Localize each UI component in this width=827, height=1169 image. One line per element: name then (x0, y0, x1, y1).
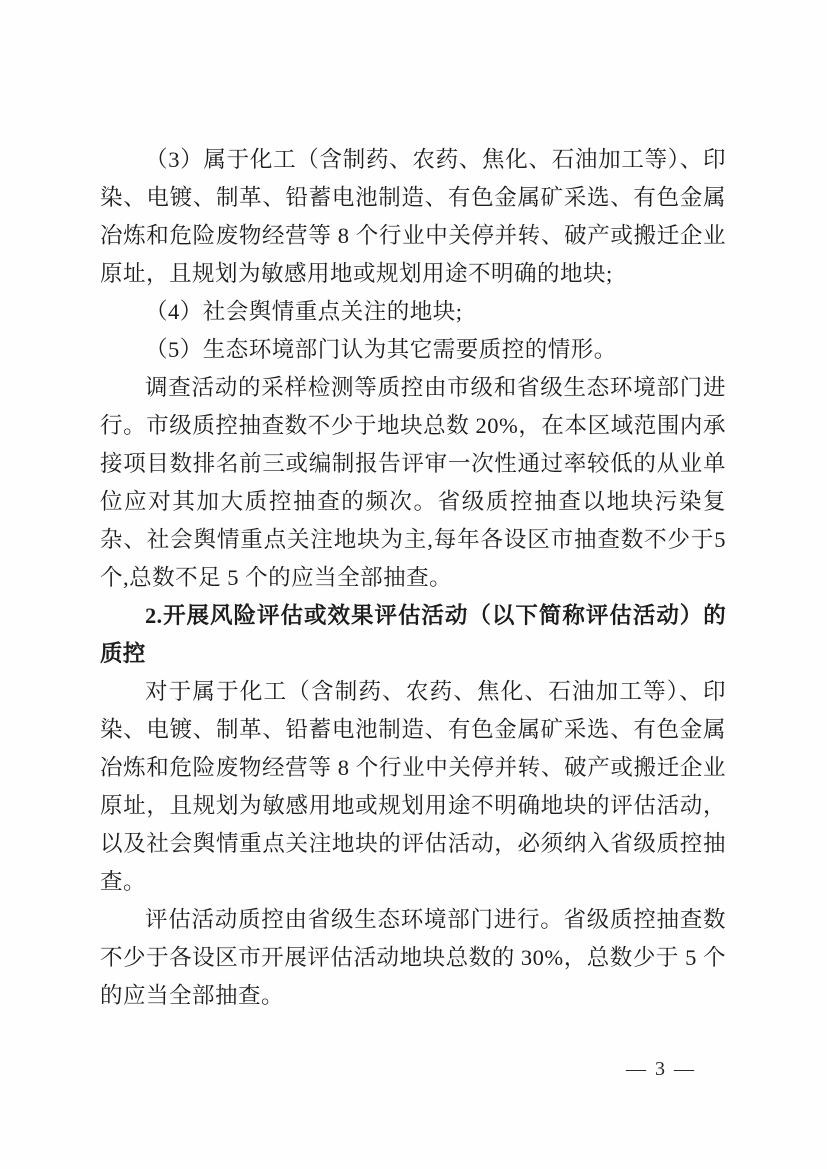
paragraph-item-4: （4）社会舆情重点关注的地块; (100, 293, 726, 331)
paragraph-evaluation-qc: 评估活动质控由省级生态环境部门进行。省级质控抽查数不少于各设区市开展评估活动地块… (100, 901, 726, 1015)
document-text-block: （3）属于化工（含制药、农药、焦化、石油加工等）、印染、电镀、制革、铅蓄电池制造… (100, 141, 726, 1015)
paragraph-evaluation-scope: 对于属于化工（含制药、农药、焦化、石油加工等）、印染、电镀、制革、铅蓄电池制造、… (100, 673, 726, 901)
page-number: — 3 — (596, 1056, 726, 1082)
paragraph-survey-qc: 调查活动的采样检测等质控由市级和省级生态环境部门进行。市级质控抽查数不少于地块总… (100, 369, 726, 597)
paragraph-item-3: （3）属于化工（含制药、农药、焦化、石油加工等）、印染、电镀、制革、铅蓄电池制造… (100, 141, 726, 293)
section-heading-2: 2.开展风险评估或效果评估活动（以下简称评估活动）的质控 (100, 597, 726, 673)
document-page: （3）属于化工（含制药、农药、焦化、石油加工等）、印染、电镀、制革、铅蓄电池制造… (0, 0, 827, 1169)
paragraph-item-5: （5）生态环境部门认为其它需要质控的情形。 (100, 331, 726, 369)
